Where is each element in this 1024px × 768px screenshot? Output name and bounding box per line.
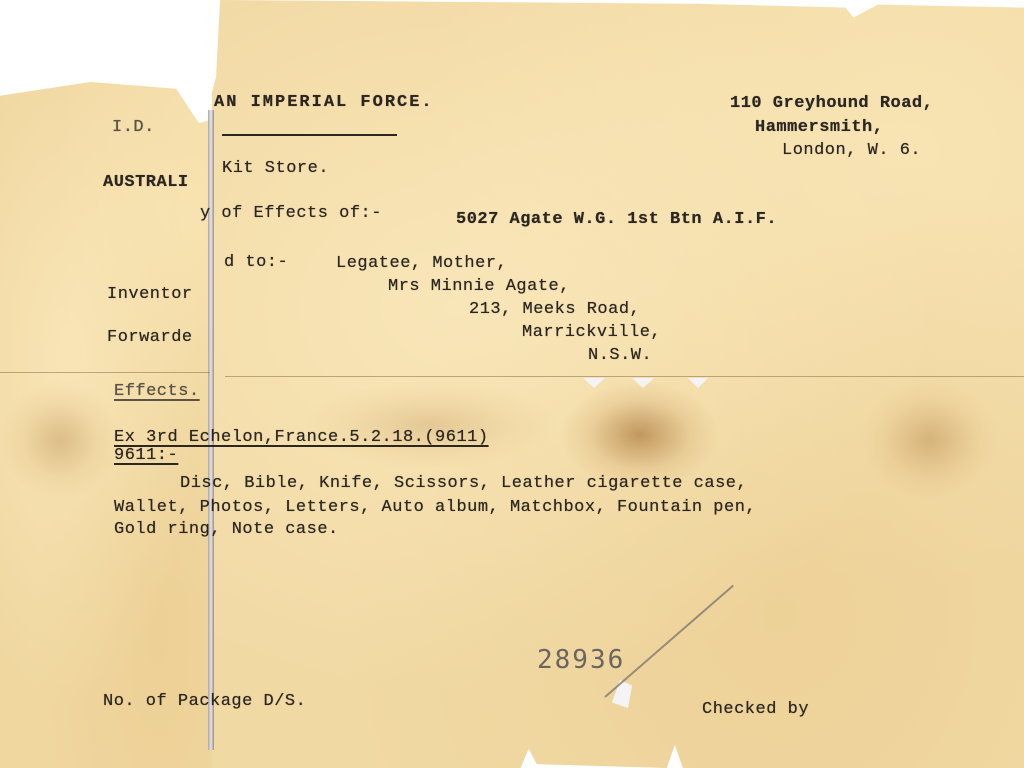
reference-code: I.D. [112, 118, 155, 137]
header-rule [222, 134, 397, 136]
effects-reference: 9611:- [114, 446, 178, 465]
package-label: No. of Package D/S. [103, 692, 306, 711]
effects-items-line-3: Gold ring, Note case. [114, 520, 339, 539]
effects-heading: Effects. [114, 382, 200, 401]
horizontal-crease [225, 376, 1024, 377]
forwarded-label-left: Forwarde [107, 328, 193, 347]
forwarded-name: Mrs Minnie Agate, [388, 277, 570, 296]
forwarded-relation: Legatee, Mother, [336, 254, 507, 273]
org-name-fragment: AUSTRALI [103, 173, 189, 192]
checked-by-label: Checked by [702, 700, 809, 719]
forwarded-label-right: d to:- [224, 253, 288, 272]
forwarded-state: N.S.W. [588, 346, 652, 365]
org-name: AN IMPERIAL FORCE. [214, 93, 434, 112]
inventory-label-left: Inventor [107, 285, 193, 304]
address-line-2: Hammersmith, [755, 118, 883, 137]
effects-items-line-2: Wallet, Photos, Letters, Auto album, Mat… [114, 498, 756, 517]
horizontal-crease-left [0, 372, 210, 373]
forwarded-suburb: Marrickville, [522, 323, 661, 342]
inventory-value: 5027 Agate W.G. 1st Btn A.I.F. [456, 210, 777, 229]
address-line-3: London, W. 6. [782, 141, 921, 160]
inventory-label-right: y of Effects of:- [200, 204, 382, 223]
effects-source: Ex 3rd Echelon,France.5.2.18.(9611) [114, 428, 489, 447]
serial-stamp: 28936 [537, 645, 625, 675]
effects-items-line-1: Disc, Bible, Knife, Scissors, Leather ci… [180, 474, 747, 493]
department-name: Kit Store. [222, 159, 329, 178]
forwarded-street: 213, Meeks Road, [469, 300, 640, 319]
address-line-1: 110 Greyhound Road, [730, 94, 933, 113]
